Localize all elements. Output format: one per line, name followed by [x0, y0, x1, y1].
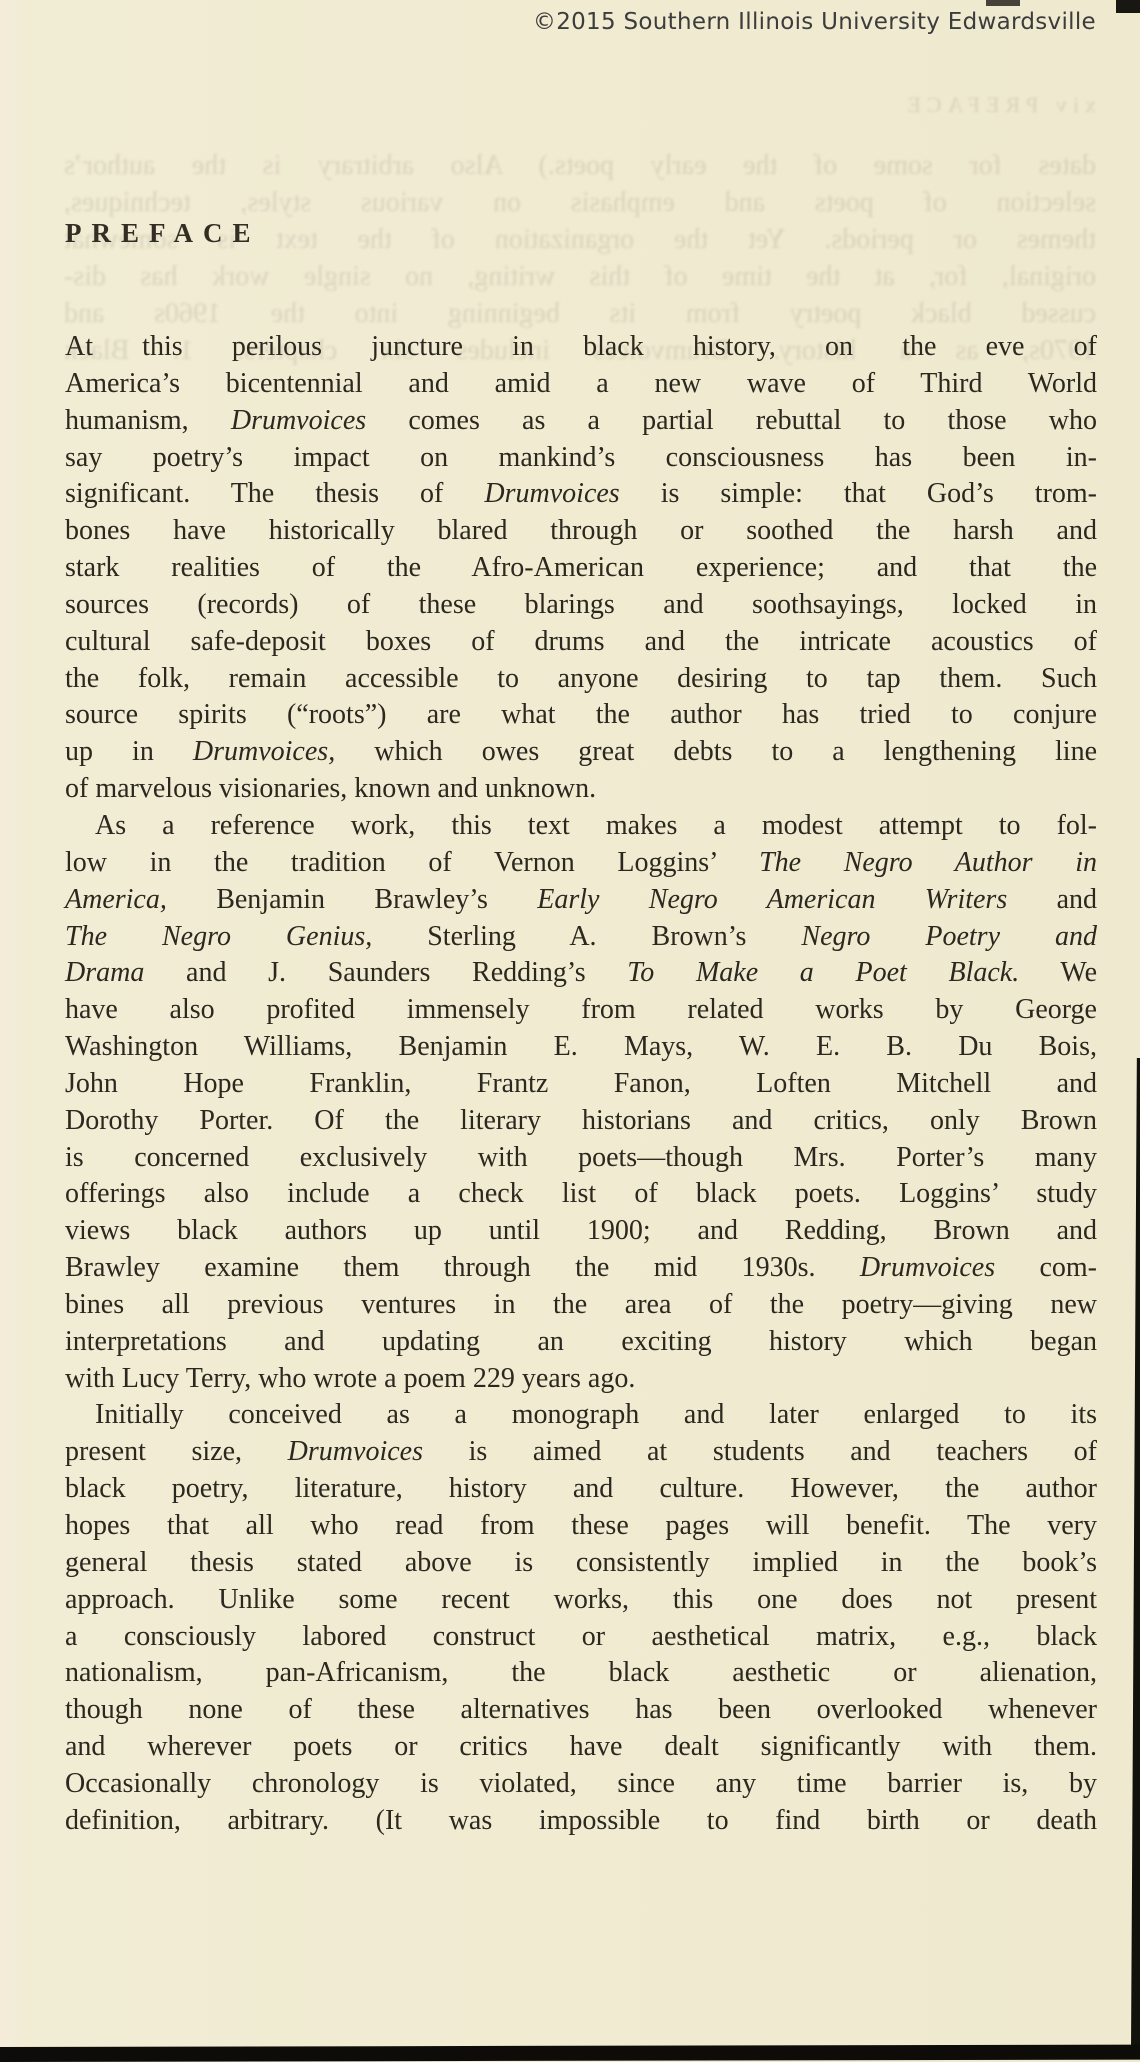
italic-title: Drumvoices	[860, 1252, 995, 1283]
text-line: The Negro Genius, Sterling A. Brown’s Ne…	[65, 919, 1097, 956]
italic-title: Negro Poetry and	[801, 921, 1097, 952]
text-line: bines all previous ventures in the area …	[65, 1287, 1097, 1324]
text-line: significant. The thesis of Drumvoices is…	[65, 476, 1097, 513]
text-line: sources (records) of these blarings and …	[65, 587, 1097, 624]
bleedthrough-line: cussed black poetry from its beginning i…	[64, 295, 1096, 332]
scan-edge-artifact	[0, 2045, 1140, 2062]
bleedthrough-line: dates for some of the early poets.) Also…	[64, 147, 1096, 184]
text-line: Occasionally chronology is violated, sin…	[65, 1766, 1097, 1803]
text-line: John Hope Franklin, Frantz Fanon, Loften…	[65, 1066, 1097, 1103]
italic-title: Drumvoices	[484, 478, 619, 509]
italic-title: The Negro Genius,	[65, 921, 372, 952]
text-line: views black authors up until 1900; and R…	[65, 1213, 1097, 1250]
text-line: As a reference work, this text makes a m…	[65, 808, 1097, 845]
text-line: bones have historically blared through o…	[65, 513, 1097, 550]
bleedthrough-header: xiv PREFACE	[64, 86, 1096, 123]
text-line: low in the tradition of Vernon Loggins’ …	[65, 845, 1097, 882]
text-line: and wherever poets or critics have dealt…	[65, 1729, 1097, 1766]
text-line: approach. Unlike some recent works, this…	[65, 1582, 1097, 1619]
bleedthrough-line: selection of poets and emphasis on vario…	[64, 184, 1096, 221]
bleedthrough-line: original, for, at the time of this writi…	[64, 258, 1096, 295]
text-line: a consciously labored construct or aesth…	[65, 1619, 1097, 1656]
text-line: present size, Drumvoices is aimed at stu…	[65, 1434, 1097, 1471]
text-line: Brawley examine them through the mid 193…	[65, 1250, 1097, 1287]
body-text: At this perilous juncture in black histo…	[65, 329, 1097, 1840]
italic-title: Drumvoices	[231, 405, 366, 436]
text-line: have also profited immensely from relate…	[65, 992, 1097, 1029]
text-line: nationalism, pan-Africanism, the black a…	[65, 1655, 1097, 1692]
italic-title: Drama	[65, 957, 144, 988]
scan-edge-artifact	[1116, 0, 1140, 13]
page-title: PREFACE	[65, 218, 261, 249]
text-line: interpretations and updating an exciting…	[65, 1324, 1097, 1361]
text-line: offerings also include a check list of b…	[65, 1176, 1097, 1213]
scan-edge-artifact	[986, 0, 1020, 6]
text-line: definition, arbitrary. (It was impossibl…	[65, 1803, 1097, 1840]
italic-title: America,	[65, 884, 167, 915]
text-line: the folk, remain accessible to anyone de…	[65, 661, 1097, 698]
text-line: America, Benjamin Brawley’s Early Negro …	[65, 882, 1097, 919]
text-line: At this perilous juncture in black histo…	[65, 329, 1097, 366]
text-line: Initially conceived as a monograph and l…	[65, 1397, 1097, 1434]
italic-title: Early Negro American Writers	[537, 884, 1007, 915]
text-line: with Lucy Terry, who wrote a poem 229 ye…	[65, 1361, 1097, 1398]
italic-title: Drumvoices,	[193, 736, 335, 767]
copyright-watermark: ©2015 Southern Illinois University Edwar…	[533, 9, 1096, 35]
text-line: cultural safe-deposit boxes of drums and…	[65, 624, 1097, 661]
text-line: Drama and J. Saunders Redding’s To Make …	[65, 955, 1097, 992]
italic-title: Drumvoices	[288, 1436, 423, 1467]
italic-title: The Negro Author in	[759, 847, 1097, 878]
text-line: hopes that all who read from these pages…	[65, 1508, 1097, 1545]
text-line: America’s bicentennial and amid a new wa…	[65, 366, 1097, 403]
italic-title: To Make a Poet Black.	[627, 957, 1019, 988]
scanned-book-page: xiv PREFACEdates for some of the early p…	[0, 0, 1140, 2062]
text-line: humanism, Drumvoices comes as a partial …	[65, 403, 1097, 440]
text-line: of marvelous visionaries, known and unkn…	[65, 771, 1097, 808]
text-line: up in Drumvoices, which owes great debts…	[65, 734, 1097, 771]
text-line: Dorothy Porter. Of the literary historia…	[65, 1103, 1097, 1140]
text-line: source spirits (“roots”) are what the au…	[65, 697, 1097, 734]
scan-edge-artifact	[1131, 1058, 1140, 2050]
text-line: black poetry, literature, history and cu…	[65, 1471, 1097, 1508]
text-line: though none of these alternatives has be…	[65, 1692, 1097, 1729]
text-line: Washington Williams, Benjamin E. Mays, W…	[65, 1029, 1097, 1066]
text-line: is concerned exclusively with poets—thou…	[65, 1140, 1097, 1177]
text-line: say poetry’s impact on mankind’s conscio…	[65, 440, 1097, 477]
text-line: stark realities of the Afro-American exp…	[65, 550, 1097, 587]
text-line: general thesis stated above is consisten…	[65, 1545, 1097, 1582]
